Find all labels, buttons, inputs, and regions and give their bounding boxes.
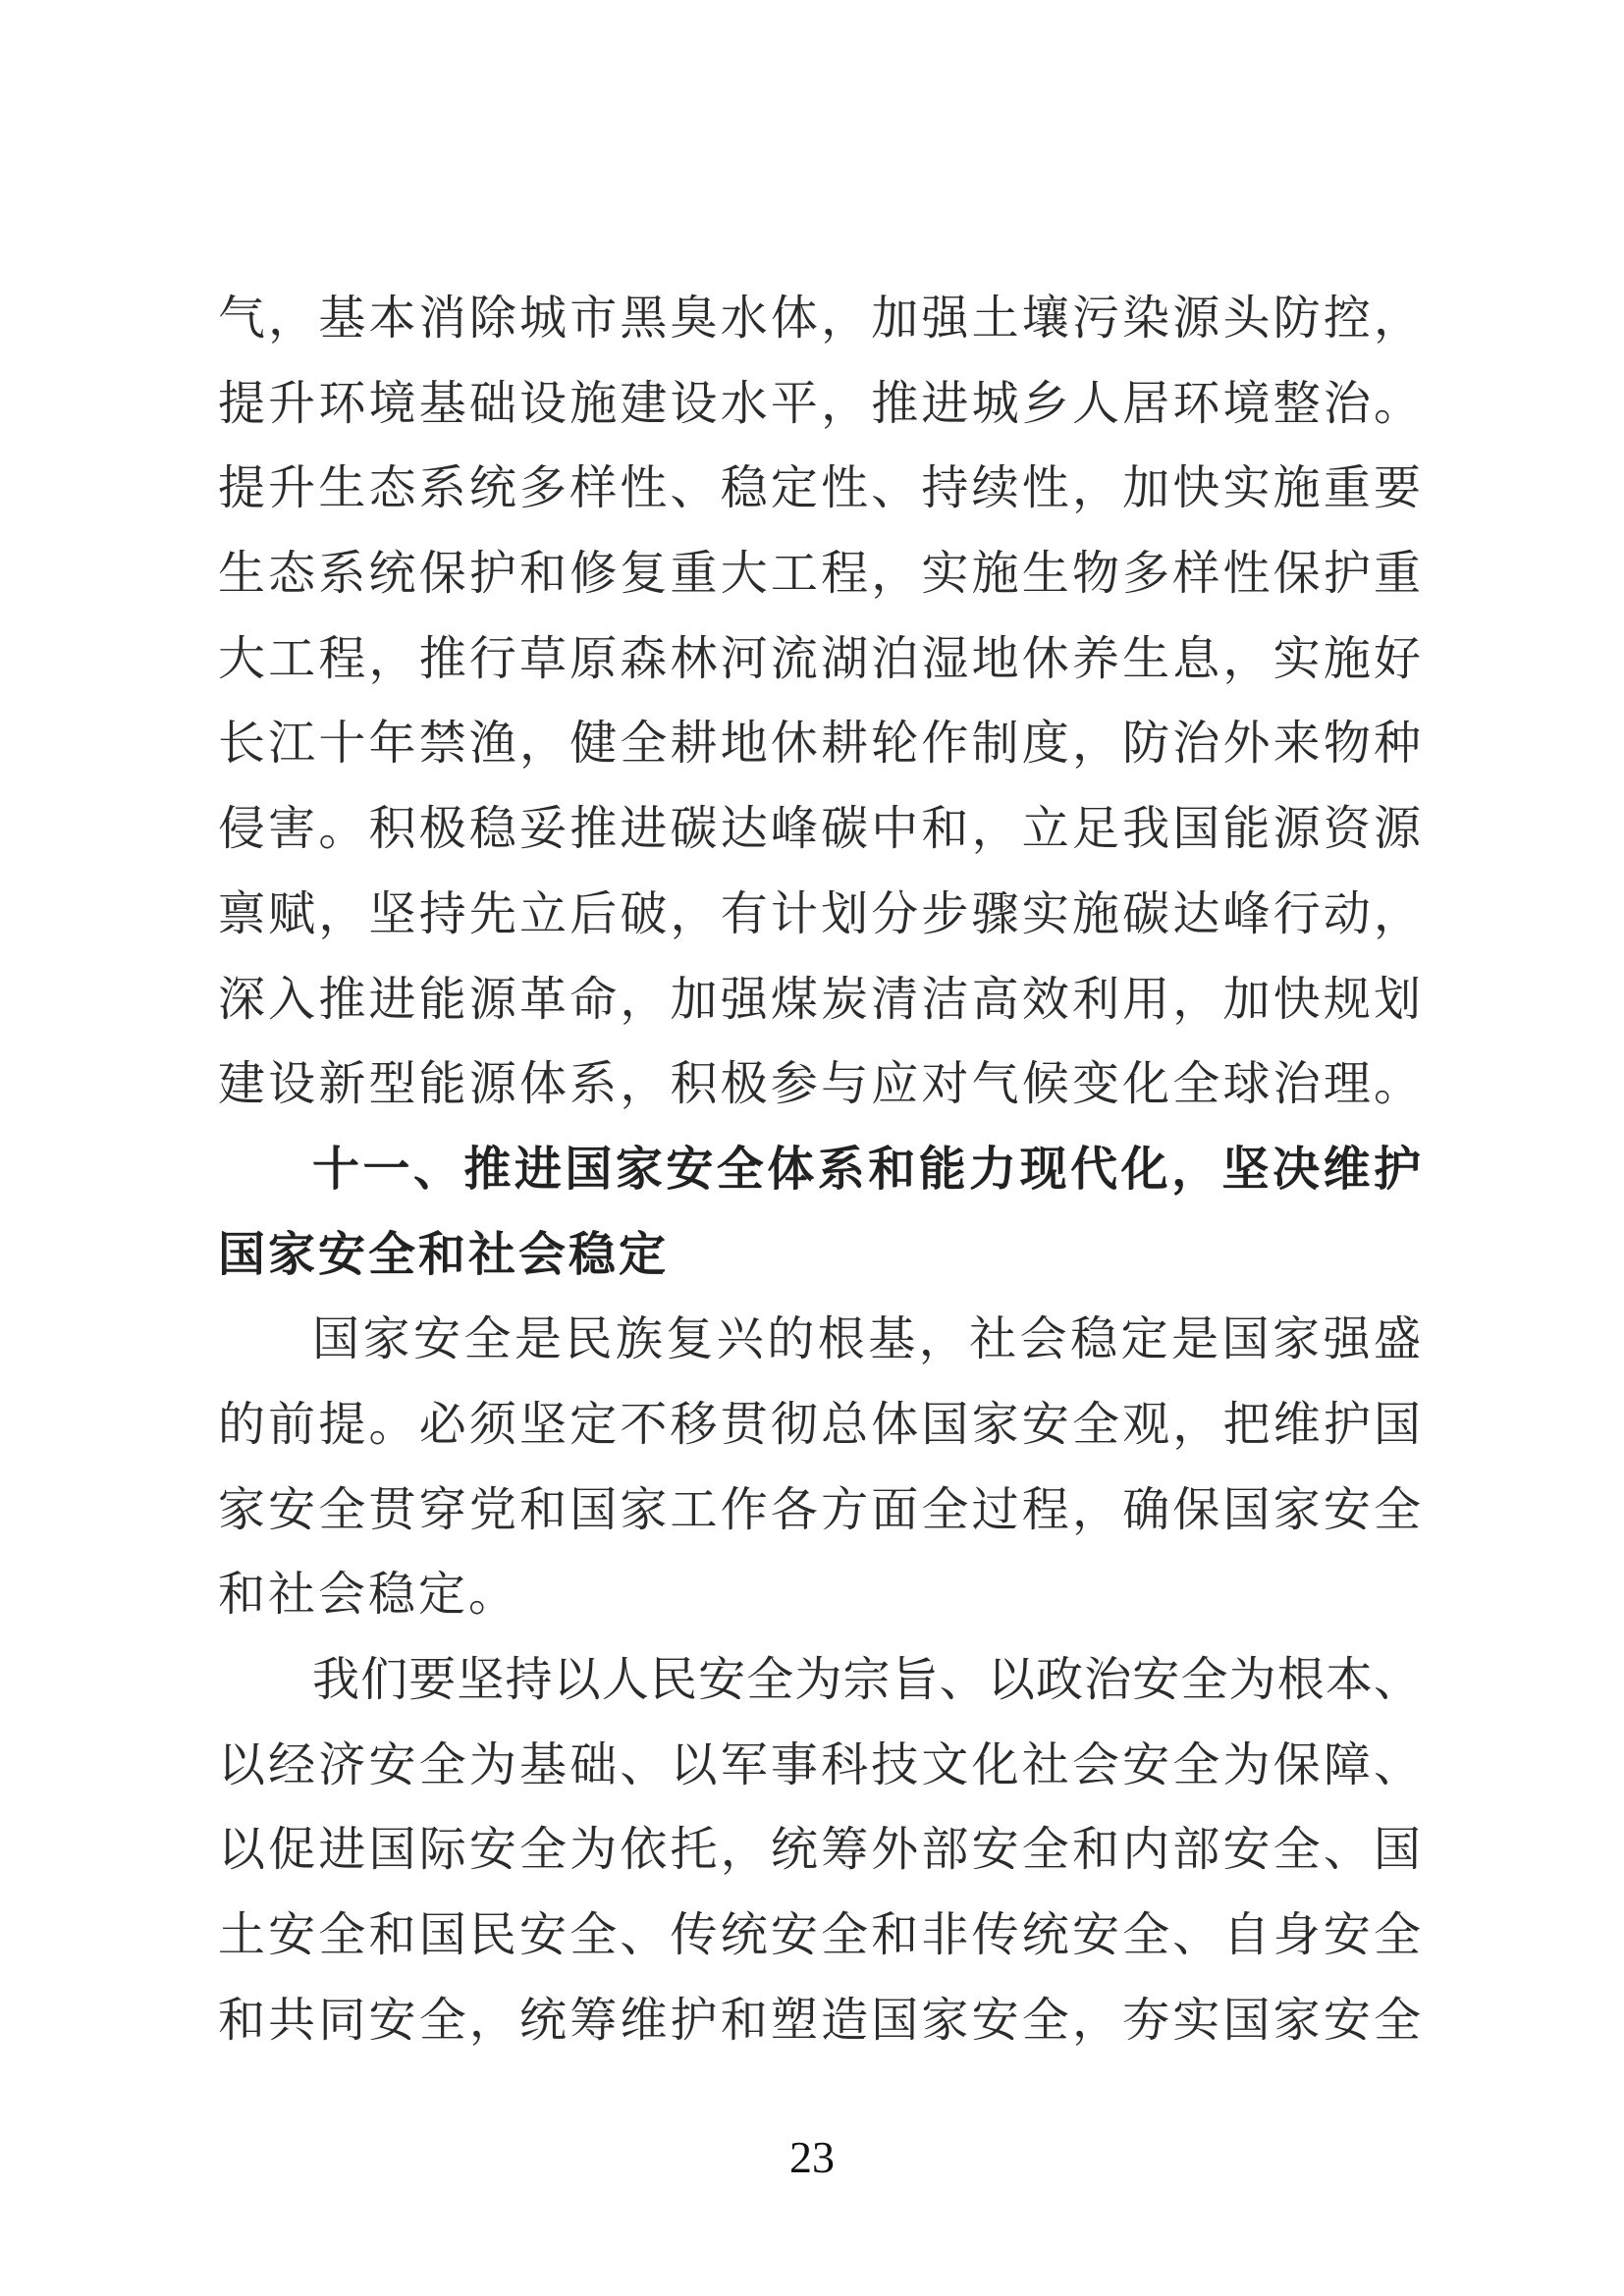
body-line: 侵害。积极稳妥推进碳达峰碳中和，立足我国能源资源 [218,787,1421,873]
body-line: 生态系统保护和修复重大工程，实施生物多样性保护重 [218,532,1421,617]
body-line: 以经济安全为基础、以军事科技文化社会安全为保障、 [218,1724,1421,1809]
text-block: 气，基本消除城市黑臭水体，加强土壤污染源头防控， 提升环境基础设施建设水平，推进… [218,277,1421,2063]
body-line: 我们要坚持以人民安全为宗旨、以政治安全为根本、 [218,1638,1421,1724]
body-line: 家安全贯穿党和国家工作各方面全过程，确保国家安全 [218,1468,1421,1554]
body-line: 国家安全是民族复兴的根基，社会稳定是国家强盛 [218,1298,1421,1383]
body-line: 长江十年禁渔，健全耕地休耕轮作制度，防治外来物种 [218,702,1421,787]
section-heading-line: 国家安全和社会稳定 [218,1213,1421,1299]
body-line: 和社会稳定。 [218,1553,1421,1638]
document-page: 气，基本消除城市黑臭水体，加强土壤污染源头防控， 提升环境基础设施建设水平，推进… [0,0,1624,2296]
body-line: 提升环境基础设施建设水平，推进城乡人居环境整治。 [218,362,1421,448]
body-line: 提升生态系统多样性、稳定性、持续性，加快实施重要 [218,447,1421,532]
body-line: 土安全和国民安全、传统安全和非传统安全、自身安全 [218,1894,1421,1979]
body-line: 建设新型能源体系，积极参与应对气候变化全球治理。 [218,1042,1421,1128]
body-line: 禀赋，坚持先立后破，有计划分步骤实施碳达峰行动， [218,873,1421,958]
body-line: 的前提。必须坚定不移贯彻总体国家安全观，把维护国 [218,1383,1421,1468]
page-number: 23 [0,2130,1624,2185]
body-line: 以促进国际安全为依托，统筹外部安全和内部安全、国 [218,1808,1421,1894]
body-line: 深入推进能源革命，加强煤炭清洁高效利用，加快规划 [218,958,1421,1043]
body-line: 气，基本消除城市黑臭水体，加强土壤污染源头防控， [218,277,1421,362]
body-line: 大工程，推行草原森林河流湖泊湿地休养生息，实施好 [218,617,1421,703]
section-heading-line: 十一、推进国家安全体系和能力现代化，坚决维护 [218,1128,1421,1213]
body-line: 和共同安全，统筹维护和塑造国家安全，夯实国家安全 [218,1979,1421,2064]
